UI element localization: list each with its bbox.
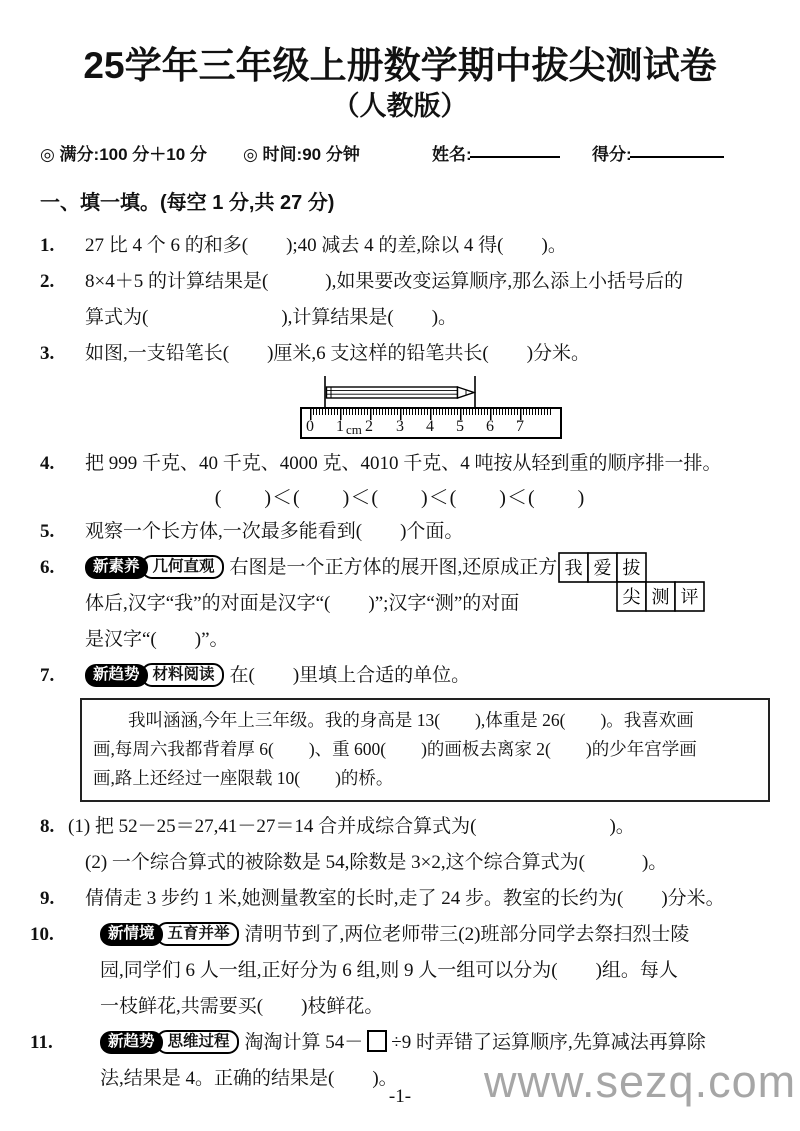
paper-subtitle: （人教版） <box>0 90 800 122</box>
question-number: 11. <box>30 1025 72 1061</box>
question-text: 新趋势思维过程淘淘计算 54－÷9 时弄错了运算顺序,先算减法再算除 <box>100 1025 800 1061</box>
question-text: 新情境五育并举清明节到了,两位老师带三(2)班部分同学去祭扫烈士陵 <box>100 917 800 953</box>
full-score-label: ◎ 满分:100 分＋10 分 <box>40 140 207 165</box>
ordering-blanks: ( )＜( )＜( )＜( )＜( ) <box>0 482 800 514</box>
badge-new-situation: 新情境 <box>100 923 163 946</box>
question-text: 园,同学们 6 人一组,正好分为 6 组,则 9 人一组可以分为( )组。每人 <box>100 953 800 989</box>
question-text-segment: 清明节到了,两位老师带三(2)班部分同学去祭扫烈士陵 <box>245 924 690 945</box>
question-3: 3. 如图,一支铅笔长( )厘米,6 支这样的铅笔共长( )分米。 <box>0 336 800 372</box>
question-7: 7. 新趋势材料阅读在( )里填上合适的单位。 <box>0 658 800 694</box>
net-cell-wo: 我 <box>565 558 583 578</box>
box-text: 我叫涵涵,今年上三年级。我的身高是 13( ),体重是 26( )。我喜欢画 <box>93 706 758 735</box>
time-label: ◎ 时间:90 分钟 <box>243 140 360 165</box>
question-text: 是汉字“( )”。 <box>85 622 800 658</box>
test-paper-page: www.sezq.com 25学年三年级上册数学期中拔尖测试卷 （人教版） ◎ … <box>0 0 800 1131</box>
ruler-label-1: 1 <box>336 418 344 436</box>
name-label: 姓名: <box>432 140 472 165</box>
badge-new-trend: 新趋势 <box>100 1031 163 1054</box>
question-6: 6. 新素养几何直观右图是一个正方体的展开图,还原成正方 体后,汉字“我”的对面… <box>0 550 800 658</box>
question-number: 7. <box>40 658 82 694</box>
question-text: 观察一个长方体,一次最多能看到( )个面。 <box>85 514 800 550</box>
question-text: 新趋势材料阅读在( )里填上合适的单位。 <box>85 658 800 694</box>
question-4: 4. 把 999 千克、40 千克、4000 克、4010 千克、4 吨按从轻到… <box>0 446 800 482</box>
question-text: 把 999 千克、40 千克、4000 克、4010 千克、4 吨按从轻到重的顺… <box>85 446 800 482</box>
ruler-label-cm: cm <box>346 421 362 439</box>
ruler: 0 1 cm 2 3 4 5 6 7 <box>300 407 562 439</box>
box-text: 画,路上还经过一座限载 10( )的桥。 <box>93 764 758 793</box>
name-blank-line <box>470 140 560 158</box>
question-text: 一枝鲜花,共需要买( )枝鲜花。 <box>100 989 800 1025</box>
box-text: 画,每周六我都背着厚 6( )、重 600( )的画板去离家 2( )的少年宫学… <box>93 735 758 764</box>
empty-number-box <box>367 1030 387 1052</box>
question-text-segment: 右图是一个正方体的展开图,还原成正方 <box>230 557 558 578</box>
question-text: 算式为( ),计算结果是( )。 <box>85 300 800 336</box>
badge-five-educations: 五育并举 <box>156 922 239 946</box>
badge-material-reading: 材料阅读 <box>141 663 224 687</box>
question-number: 8. <box>40 809 82 845</box>
paper-title: 25学年三年级上册数学期中拔尖测试卷 <box>0 0 800 90</box>
question-number: 6. <box>40 550 82 586</box>
question-number: 9. <box>40 881 82 917</box>
question-text-segment: 淘淘计算 54－ <box>245 1032 364 1053</box>
question-2: 2. 8×4＋5 的计算结果是( ),如果要改变运算顺序,那么添上小括号后的 算… <box>0 264 800 336</box>
question-text-segment: ÷9 时弄错了运算顺序,先算减法再算除 <box>391 1032 705 1053</box>
badge-thinking-process: 思维过程 <box>156 1030 239 1054</box>
badge-new-trend: 新趋势 <box>85 664 148 687</box>
question-number: 5. <box>40 514 82 550</box>
question-text: 8×4＋5 的计算结果是( ),如果要改变运算顺序,那么添上小括号后的 <box>85 264 800 300</box>
cube-net-figure: 我 爱 拔 尖 测 评 <box>558 552 707 614</box>
ruler-label-4: 4 <box>426 418 434 436</box>
ruler-label-5: 5 <box>456 418 464 436</box>
pencil-ruler-figure: 0 1 cm 2 3 4 5 6 7 <box>300 374 563 440</box>
net-cell-ba: 拔 <box>623 558 641 578</box>
question-8: 8. (1) 把 52－25＝27,41－27＝14 合并成综合算式为( )。 … <box>0 809 800 881</box>
ruler-label-7: 7 <box>516 418 524 436</box>
score-blank-line <box>630 140 724 158</box>
question-text: (2) 一个综合算式的被除数是 54,除数是 3×2,这个综合算式为( )。 <box>85 845 800 881</box>
net-cell-ce: 测 <box>652 587 670 607</box>
net-cell-jian: 尖 <box>623 587 641 607</box>
net-cell-ai: 爱 <box>594 558 612 578</box>
question-number: 2. <box>40 264 82 300</box>
reading-material-box: 我叫涵涵,今年上三年级。我的身高是 13( ),体重是 26( )。我喜欢画 画… <box>80 698 770 802</box>
question-10: 10. 新情境五育并举清明节到了,两位老师带三(2)班部分同学去祭扫烈士陵 园,… <box>0 917 800 1025</box>
question-text-segment: 在( )里填上合适的单位。 <box>230 665 471 686</box>
pencil-illustration <box>300 374 563 409</box>
ruler-label-0: 0 <box>306 418 314 436</box>
question-text: 倩倩走 3 步约 1 米,她测量教室的长时,走了 24 步。教室的长约为( )分… <box>85 881 800 917</box>
question-text: 如图,一支铅笔长( )厘米,6 支这样的铅笔共长( )分米。 <box>85 336 800 372</box>
badge-new-literacy: 新素养 <box>85 556 148 579</box>
ruler-label-3: 3 <box>396 418 404 436</box>
question-text: 27 比 4 个 6 的和多( );40 减去 4 的差,除以 4 得( )。 <box>85 228 800 264</box>
question-number: 3. <box>40 336 82 372</box>
question-number: 10. <box>30 917 72 953</box>
badge-geometric-intuition: 几何直观 <box>141 555 224 579</box>
question-1: 1. 27 比 4 个 6 的和多( );40 减去 4 的差,除以 4 得( … <box>0 228 800 264</box>
page-number: -1- <box>0 1086 800 1108</box>
score-label: 得分: <box>592 140 632 165</box>
section-1-heading: 一、填一填。(每空 1 分,共 27 分) <box>40 190 800 216</box>
net-cell-ping: 评 <box>681 587 699 607</box>
question-5: 5. 观察一个长方体,一次最多能看到( )个面。 <box>0 514 800 550</box>
ruler-label-2: 2 <box>365 418 373 436</box>
question-text: (1) 把 52－25＝27,41－27＝14 合并成综合算式为( )。 <box>68 809 800 845</box>
info-row: ◎ 满分:100 分＋10 分 ◎ 时间:90 分钟 姓名: 得分: <box>0 140 800 166</box>
question-number: 4. <box>40 446 82 482</box>
question-9: 9. 倩倩走 3 步约 1 米,她测量教室的长时,走了 24 步。教室的长约为(… <box>0 881 800 917</box>
question-number: 1. <box>40 228 82 264</box>
ruler-label-6: 6 <box>486 418 494 436</box>
